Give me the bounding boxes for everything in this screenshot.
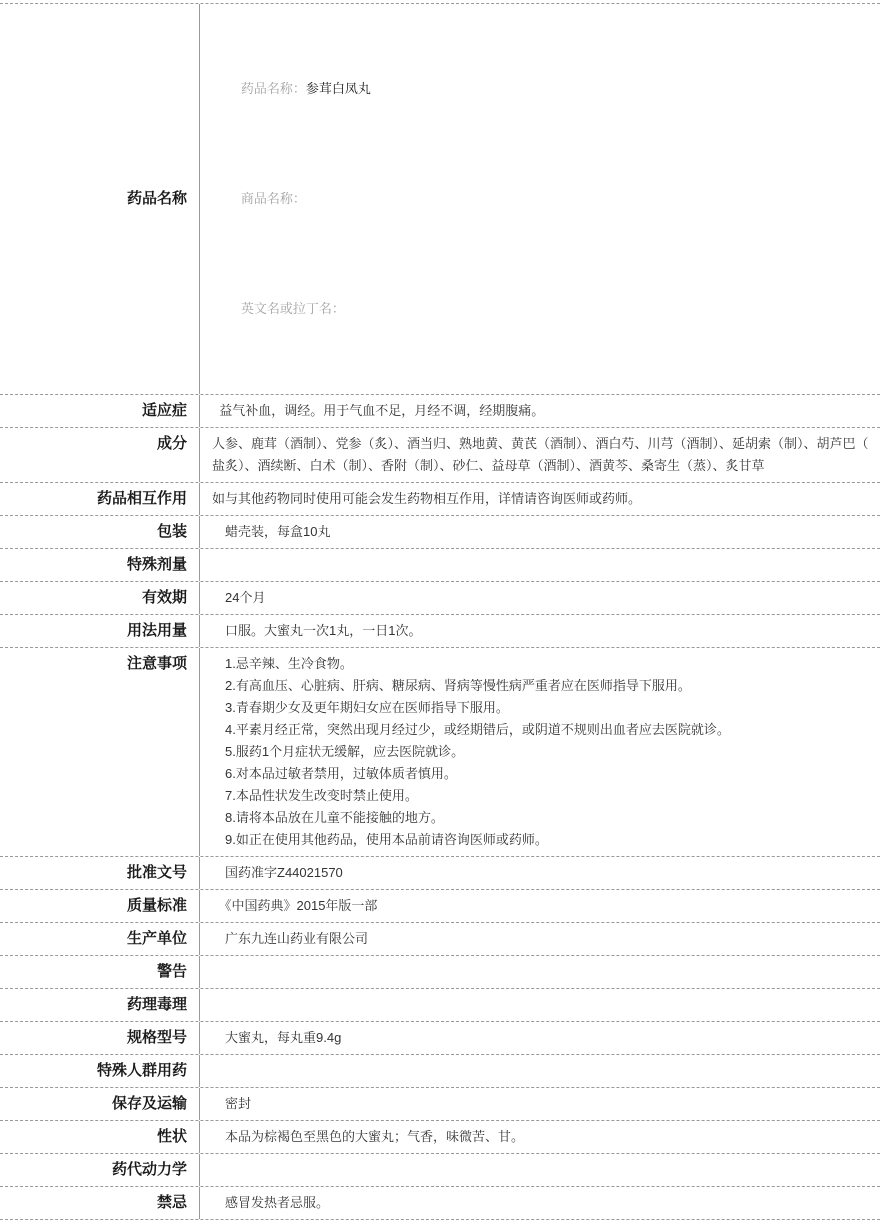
row-label: 质量标准 bbox=[0, 890, 200, 922]
row-label: 警告 bbox=[0, 956, 200, 988]
row-label: 性状 bbox=[0, 1121, 200, 1153]
row-value: 广东九连山药业有限公司 bbox=[200, 923, 880, 955]
drug-name-value: 参茸白凤丸 bbox=[306, 81, 371, 96]
table-row: 规格型号 大蜜丸，每丸重9.4g bbox=[0, 1022, 880, 1055]
trade-name-sublabel: 商品名称： bbox=[241, 191, 306, 206]
row-label: 保存及运输 bbox=[0, 1088, 200, 1120]
row-value bbox=[200, 989, 880, 1021]
table-row: 包装 蜡壳装，每盒10丸 bbox=[0, 516, 880, 549]
table-row: 质量标准 《中国药典》2015年版一部 bbox=[0, 890, 880, 923]
row-label: 药品相互作用 bbox=[0, 483, 200, 515]
row-value: 口服。大蜜丸一次1丸，一日1次。 bbox=[200, 615, 880, 647]
table-row: 特殊剂量 bbox=[0, 549, 880, 582]
row-label: 批准文号 bbox=[0, 857, 200, 889]
row-value: 如与其他药物同时使用可能会发生药物相互作用，详情请咨询医师或药师。 bbox=[200, 483, 880, 515]
table-row: 警告 bbox=[0, 956, 880, 989]
row-value: 24个月 bbox=[200, 582, 880, 614]
row-label: 特殊人群用药 bbox=[0, 1055, 200, 1087]
row-label: 药理毒理 bbox=[0, 989, 200, 1021]
row-value: 感冒发热者忌服。 bbox=[200, 1187, 880, 1219]
row-value: 《中国药典》2015年版一部 bbox=[200, 890, 880, 922]
table-row: 注意事项 1.忌辛辣、生冷食物。 2.有高血压、心脏病、肝病、糖尿病、肾病等慢性… bbox=[0, 648, 880, 857]
row-label: 有效期 bbox=[0, 582, 200, 614]
row-label: 特殊剂量 bbox=[0, 549, 200, 581]
row-label: 药品名称 bbox=[0, 4, 200, 394]
row-value: 国药准字Z44021570 bbox=[200, 857, 880, 889]
row-value: 益气补血，调经。用于气血不足，月经不调，经期腹痛。 bbox=[200, 395, 880, 427]
row-label: 适应症 bbox=[0, 395, 200, 427]
row-label: 生产单位 bbox=[0, 923, 200, 955]
table-row-drug-name: 药品名称 药品名称：参茸白凤丸 商品名称： 英文名或拉丁名： bbox=[0, 4, 880, 395]
row-label: 成分 bbox=[0, 428, 200, 482]
table-row: 有效期 24个月 bbox=[0, 582, 880, 615]
row-value: 药品名称：参茸白凤丸 商品名称： 英文名或拉丁名： bbox=[200, 4, 880, 394]
table-row: 性状 本品为棕褐色至黑色的大蜜丸；气香，味微苦、甘。 bbox=[0, 1121, 880, 1154]
table-row: 药理毒理 bbox=[0, 989, 880, 1022]
row-label: 用法用量 bbox=[0, 615, 200, 647]
table-row: 生产单位 广东九连山药业有限公司 bbox=[0, 923, 880, 956]
table-row: 禁忌 感冒发热者忌服。 bbox=[0, 1187, 880, 1220]
row-label-text: 药品名称 bbox=[127, 188, 187, 210]
row-label: 包装 bbox=[0, 516, 200, 548]
row-value bbox=[200, 1154, 880, 1186]
table-row: 保存及运输 密封 bbox=[0, 1088, 880, 1121]
row-label: 规格型号 bbox=[0, 1022, 200, 1054]
table-row: 用法用量 口服。大蜜丸一次1丸，一日1次。 bbox=[0, 615, 880, 648]
row-value: 本品为棕褐色至黑色的大蜜丸；气香，味微苦、甘。 bbox=[200, 1121, 880, 1153]
english-name-line: 英文名或拉丁名： bbox=[212, 276, 870, 342]
drug-info-table: 药品名称 药品名称：参茸白凤丸 商品名称： 英文名或拉丁名： 适应症 益气补血，… bbox=[0, 3, 880, 1220]
row-label: 注意事项 bbox=[0, 648, 200, 856]
drug-name-line: 药品名称：参茸白凤丸 bbox=[212, 56, 870, 122]
table-row: 药代动力学 bbox=[0, 1154, 880, 1187]
table-row: 成分 人参、鹿茸（酒制）、党参（炙）、酒当归、熟地黄、黄芪（酒制）、酒白芍、川芎… bbox=[0, 428, 880, 483]
trade-name-line: 商品名称： bbox=[212, 166, 870, 232]
row-value: 人参、鹿茸（酒制）、党参（炙）、酒当归、熟地黄、黄芪（酒制）、酒白芍、川芎（酒制… bbox=[200, 428, 880, 482]
table-row: 药品相互作用 如与其他药物同时使用可能会发生药物相互作用，详情请咨询医师或药师。 bbox=[0, 483, 880, 516]
row-value: 蜡壳装，每盒10丸 bbox=[200, 516, 880, 548]
row-value bbox=[200, 956, 880, 988]
english-name-sublabel: 英文名或拉丁名： bbox=[241, 301, 345, 316]
row-value: 1.忌辛辣、生冷食物。 2.有高血压、心脏病、肝病、糖尿病、肾病等慢性病严重者应… bbox=[200, 648, 880, 856]
row-label: 禁忌 bbox=[0, 1187, 200, 1219]
drug-name-sublabel: 药品名称： bbox=[241, 81, 306, 96]
row-value bbox=[200, 1055, 880, 1087]
table-row: 批准文号 国药准字Z44021570 bbox=[0, 857, 880, 890]
row-label: 药代动力学 bbox=[0, 1154, 200, 1186]
table-row: 适应症 益气补血，调经。用于气血不足，月经不调，经期腹痛。 bbox=[0, 395, 880, 428]
row-value bbox=[200, 549, 880, 581]
row-value: 密封 bbox=[200, 1088, 880, 1120]
table-row: 特殊人群用药 bbox=[0, 1055, 880, 1088]
row-value: 大蜜丸，每丸重9.4g bbox=[200, 1022, 880, 1054]
